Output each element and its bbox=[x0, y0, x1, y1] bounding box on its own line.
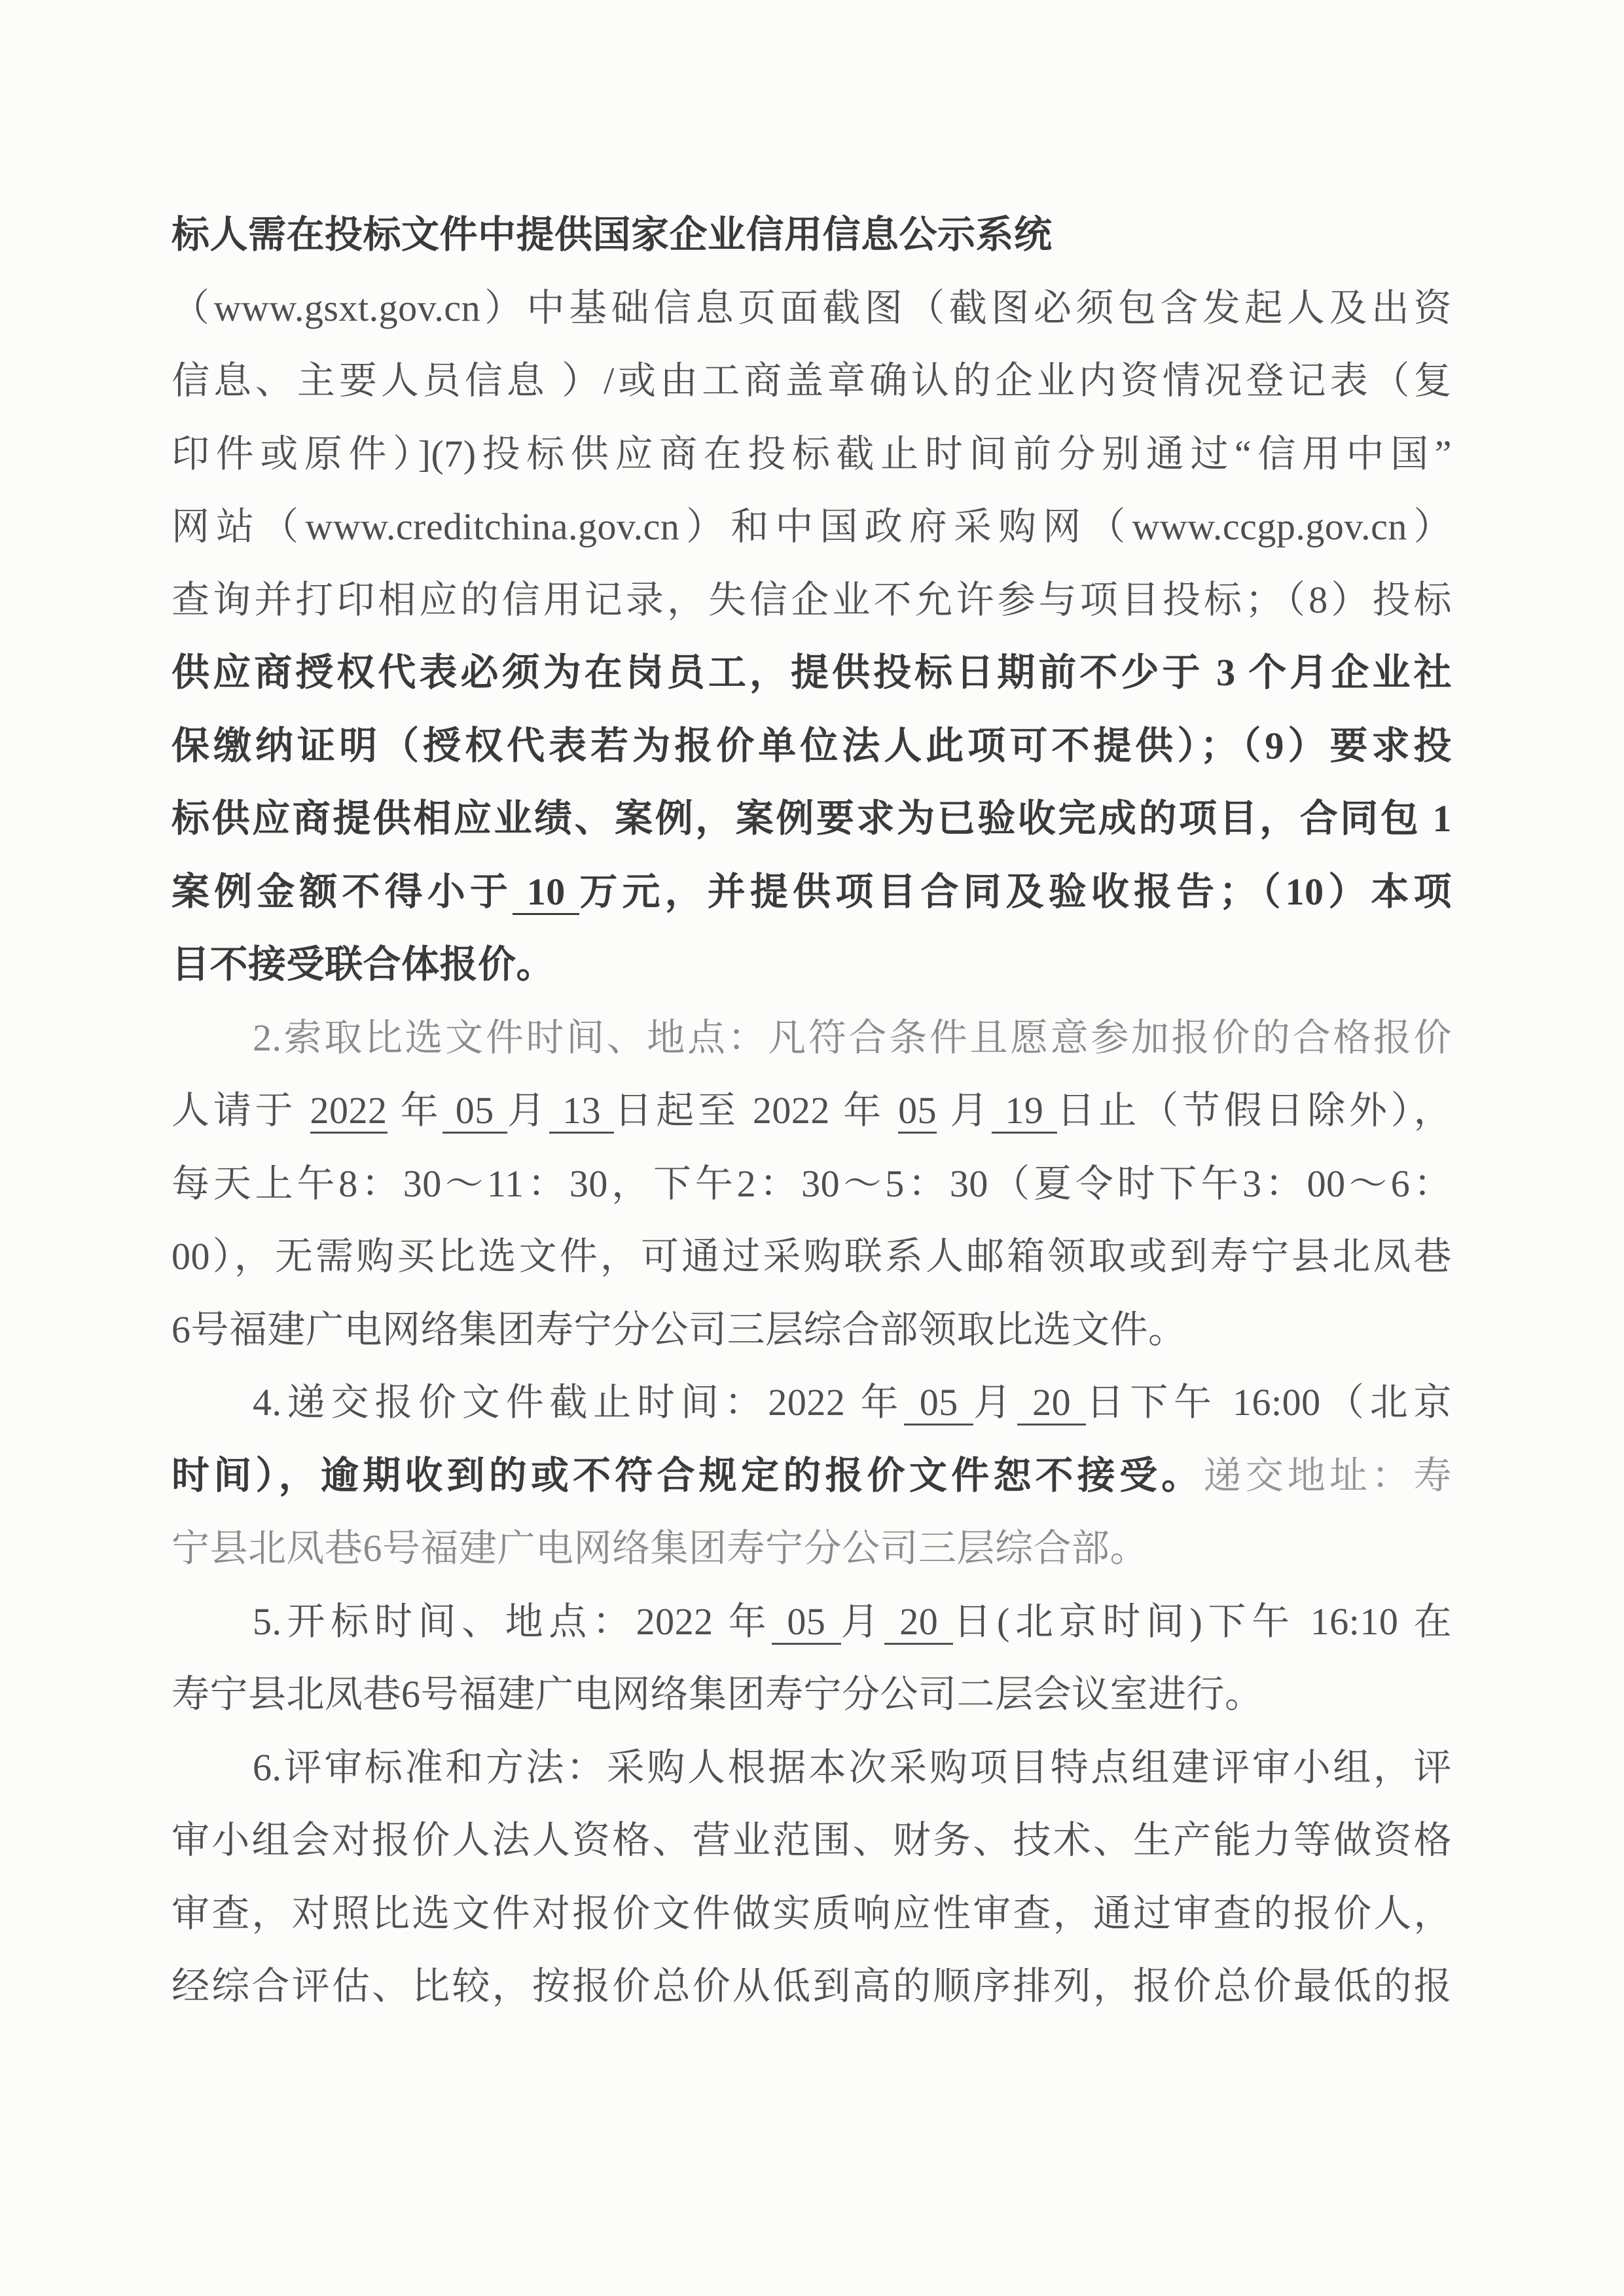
text-line-12: 2.索取比选文件时间、地点：凡符合条件且愿意参加报价的合格报价 bbox=[171, 1001, 1452, 1075]
filled-blank-underline: 2022 bbox=[310, 1089, 388, 1134]
text-segment: 递交地址：寿 bbox=[1203, 1454, 1452, 1497]
text-line-6: 查询并打印相应的信用记录，失信企业不允许参与项目投标；（8）投标 bbox=[171, 564, 1452, 637]
text-segment: 标供应商提供相应业绩、案例，案例要求为已验收完成的项目，合同包 1 bbox=[171, 797, 1452, 840]
text-segment: 寿宁县北凤巷6号福建广电网络集团寿宁分公司二层会议室进行。 bbox=[171, 1673, 1263, 1715]
text-line-7: 供应商授权代表必须为在岗员工，提供投标日期前不少于 3 个月企业社 bbox=[171, 636, 1452, 709]
document-page: 标人需在投标文件中提供国家企业信用信息公示系统（www.gsxt.gov.cn）… bbox=[0, 0, 1624, 2296]
text-segment: 时间），逾期收到的或不符合规定的报价文件恕不接受。 bbox=[171, 1454, 1203, 1497]
text-segment: 4.递交报价文件截止时间：2022 年 bbox=[253, 1381, 904, 1424]
text-line-4: 印件或原件）](7)投标供应商在投标截止时间前分别通过“信用中国” bbox=[171, 418, 1452, 491]
text-segment: 审查，对照比选文件对报价文件做实质响应性审查，通过审查的报价人， bbox=[171, 1892, 1452, 1935]
text-segment: 目不接受联合体报价。 bbox=[171, 943, 554, 986]
text-segment: 查询并打印相应的信用记录，失信企业不允许参与项目投标；（8）投标 bbox=[171, 579, 1452, 621]
text-segment: 6.评审标准和方法：采购人根据本次采购项目特点组建评审小组，评 bbox=[253, 1746, 1452, 1789]
text-segment: 供应商授权代表必须为在岗员工，提供投标日期前不少于 3 个月企业社 bbox=[171, 651, 1452, 694]
text-segment: 月 bbox=[937, 1089, 992, 1132]
text-segment: 宁县北凤巷6号福建广电网络集团寿宁分公司三层综合部。 bbox=[171, 1527, 1148, 1570]
text-segment: 万元，并提供项目合同及验收报告；（10）本项 bbox=[579, 870, 1452, 913]
text-line-17: 4.递交报价文件截止时间：2022 年 05 月 20 日下午 16:00（北京 bbox=[171, 1366, 1452, 1439]
text-line-8: 保缴纳证明（授权代表若为报价单位法人此项可不提供）；（9）要求投 bbox=[171, 709, 1452, 783]
text-segment: 6号福建广电网络集团寿宁分公司三层综合部领取比选文件。 bbox=[171, 1308, 1187, 1351]
text-segment: 5.开标时间、地点：2022 年 bbox=[253, 1600, 772, 1643]
text-line-15: 00），无需购买比选文件，可通过采购联系人邮箱领取或到寿宁县北凤巷 bbox=[171, 1220, 1452, 1293]
document-text-block: 标人需在投标文件中提供国家企业信用信息公示系统（www.gsxt.gov.cn）… bbox=[171, 198, 1452, 2023]
text-segment: 标人需在投标文件中提供国家企业信用信息公示系统 bbox=[171, 213, 1053, 256]
text-line-25: 经综合评估、比较，按报价总价从低到高的顺序排列，报价总价最低的报 bbox=[171, 1950, 1452, 2023]
text-segment: （www.gsxt.gov.cn）中基础信息页面截图（截图必须包含发起人及出资 bbox=[171, 287, 1452, 329]
text-line-10: 案例金额不得小于 10 万元，并提供项目合同及验收报告；（10）本项 bbox=[171, 855, 1452, 929]
text-segment: 月 bbox=[507, 1089, 549, 1132]
filled-blank-underline: 05 bbox=[772, 1600, 840, 1645]
text-segment: 日起至 2022 年 bbox=[614, 1089, 898, 1132]
text-line-20: 5.开标时间、地点：2022 年 05 月 20 日(北京时间)下午 16:10… bbox=[171, 1585, 1452, 1659]
text-segment: 月 bbox=[973, 1381, 1017, 1424]
text-segment: 案例金额不得小于 bbox=[171, 870, 513, 913]
text-segment: 印件或原件）](7)投标供应商在投标截止时间前分别通过“信用中国” bbox=[171, 433, 1452, 475]
text-segment: 审小组会对报价人法人资格、营业范围、财务、技术、生产能力等做资格 bbox=[171, 1819, 1452, 1861]
text-line-21: 寿宁县北凤巷6号福建广电网络集团寿宁分公司二层会议室进行。 bbox=[171, 1658, 1452, 1731]
text-segment: 保缴纳证明（授权代表若为报价单位法人此项可不提供）；（9）要求投 bbox=[171, 725, 1452, 767]
text-line-14: 每天上午8：30～11：30，下午2：30～5：30（夏令时下午3：00～6： bbox=[171, 1147, 1452, 1221]
text-segment: 日下午 16:00（北京 bbox=[1086, 1381, 1452, 1424]
filled-blank-underline: 13 bbox=[549, 1089, 615, 1134]
text-line-13: 人请于 2022 年 05 月 13 日起至 2022 年 05 月 19 日止… bbox=[171, 1074, 1452, 1147]
text-line-19: 宁县北凤巷6号福建广电网络集团寿宁分公司三层综合部。 bbox=[171, 1512, 1452, 1585]
text-segment: 2.索取比选文件时间、地点：凡符合条件且愿意参加报价的合格报价 bbox=[253, 1016, 1452, 1059]
text-line-23: 审小组会对报价人法人资格、营业范围、财务、技术、生产能力等做资格 bbox=[171, 1804, 1452, 1877]
text-segment: 日止（节假日除外）， bbox=[1057, 1089, 1452, 1132]
text-segment: 每天上午8：30～11：30，下午2：30～5：30（夏令时下午3：00～6： bbox=[171, 1162, 1452, 1205]
text-line-9: 标供应商提供相应业绩、案例，案例要求为已验收完成的项目，合同包 1 bbox=[171, 782, 1452, 855]
text-line-2: （www.gsxt.gov.cn）中基础信息页面截图（截图必须包含发起人及出资 bbox=[171, 272, 1452, 345]
text-line-3: 信息、主要人员信息 ）/或由工商盖章确认的企业内资情况登记表（复 bbox=[171, 344, 1452, 418]
text-line-11: 目不接受联合体报价。 bbox=[171, 928, 1452, 1001]
text-line-18: 时间），逾期收到的或不符合规定的报价文件恕不接受。递交地址：寿 bbox=[171, 1439, 1452, 1513]
text-segment: 年 bbox=[388, 1089, 442, 1132]
text-segment: 00），无需购买比选文件，可通过采购联系人邮箱领取或到寿宁县北凤巷 bbox=[171, 1235, 1452, 1278]
text-line-16: 6号福建广电网络集团寿宁分公司三层综合部领取比选文件。 bbox=[171, 1293, 1452, 1367]
text-segment: 日(北京时间)下午 16:10 在 bbox=[953, 1600, 1452, 1643]
text-line-22: 6.评审标准和方法：采购人根据本次采购项目特点组建评审小组，评 bbox=[171, 1731, 1452, 1804]
text-line-1: 标人需在投标文件中提供国家企业信用信息公示系统 bbox=[171, 198, 1452, 272]
text-line-5: 网站（www.creditchina.gov.cn）和中国政府采购网（www.c… bbox=[171, 490, 1452, 564]
text-segment: 月 bbox=[841, 1600, 885, 1643]
filled-blank-underline: 20 bbox=[884, 1600, 953, 1645]
text-segment: 经综合评估、比较，按报价总价从低到高的顺序排列，报价总价最低的报 bbox=[171, 1965, 1452, 2007]
filled-blank-underline: 20 bbox=[1017, 1381, 1087, 1426]
filled-blank-underline: 10 bbox=[513, 870, 579, 915]
filled-blank-underline: 05 bbox=[898, 1089, 937, 1134]
filled-blank-underline: 05 bbox=[442, 1089, 508, 1134]
text-segment: 人请于 bbox=[171, 1089, 310, 1132]
filled-blank-underline: 19 bbox=[992, 1089, 1057, 1134]
text-segment: 信息、主要人员信息 ）/或由工商盖章确认的企业内资情况登记表（复 bbox=[171, 359, 1452, 402]
text-line-24: 审查，对照比选文件对报价文件做实质响应性审查，通过审查的报价人， bbox=[171, 1877, 1452, 1950]
filled-blank-underline: 05 bbox=[904, 1381, 973, 1426]
text-segment: 网站（www.creditchina.gov.cn）和中国政府采购网（www.c… bbox=[171, 505, 1452, 548]
